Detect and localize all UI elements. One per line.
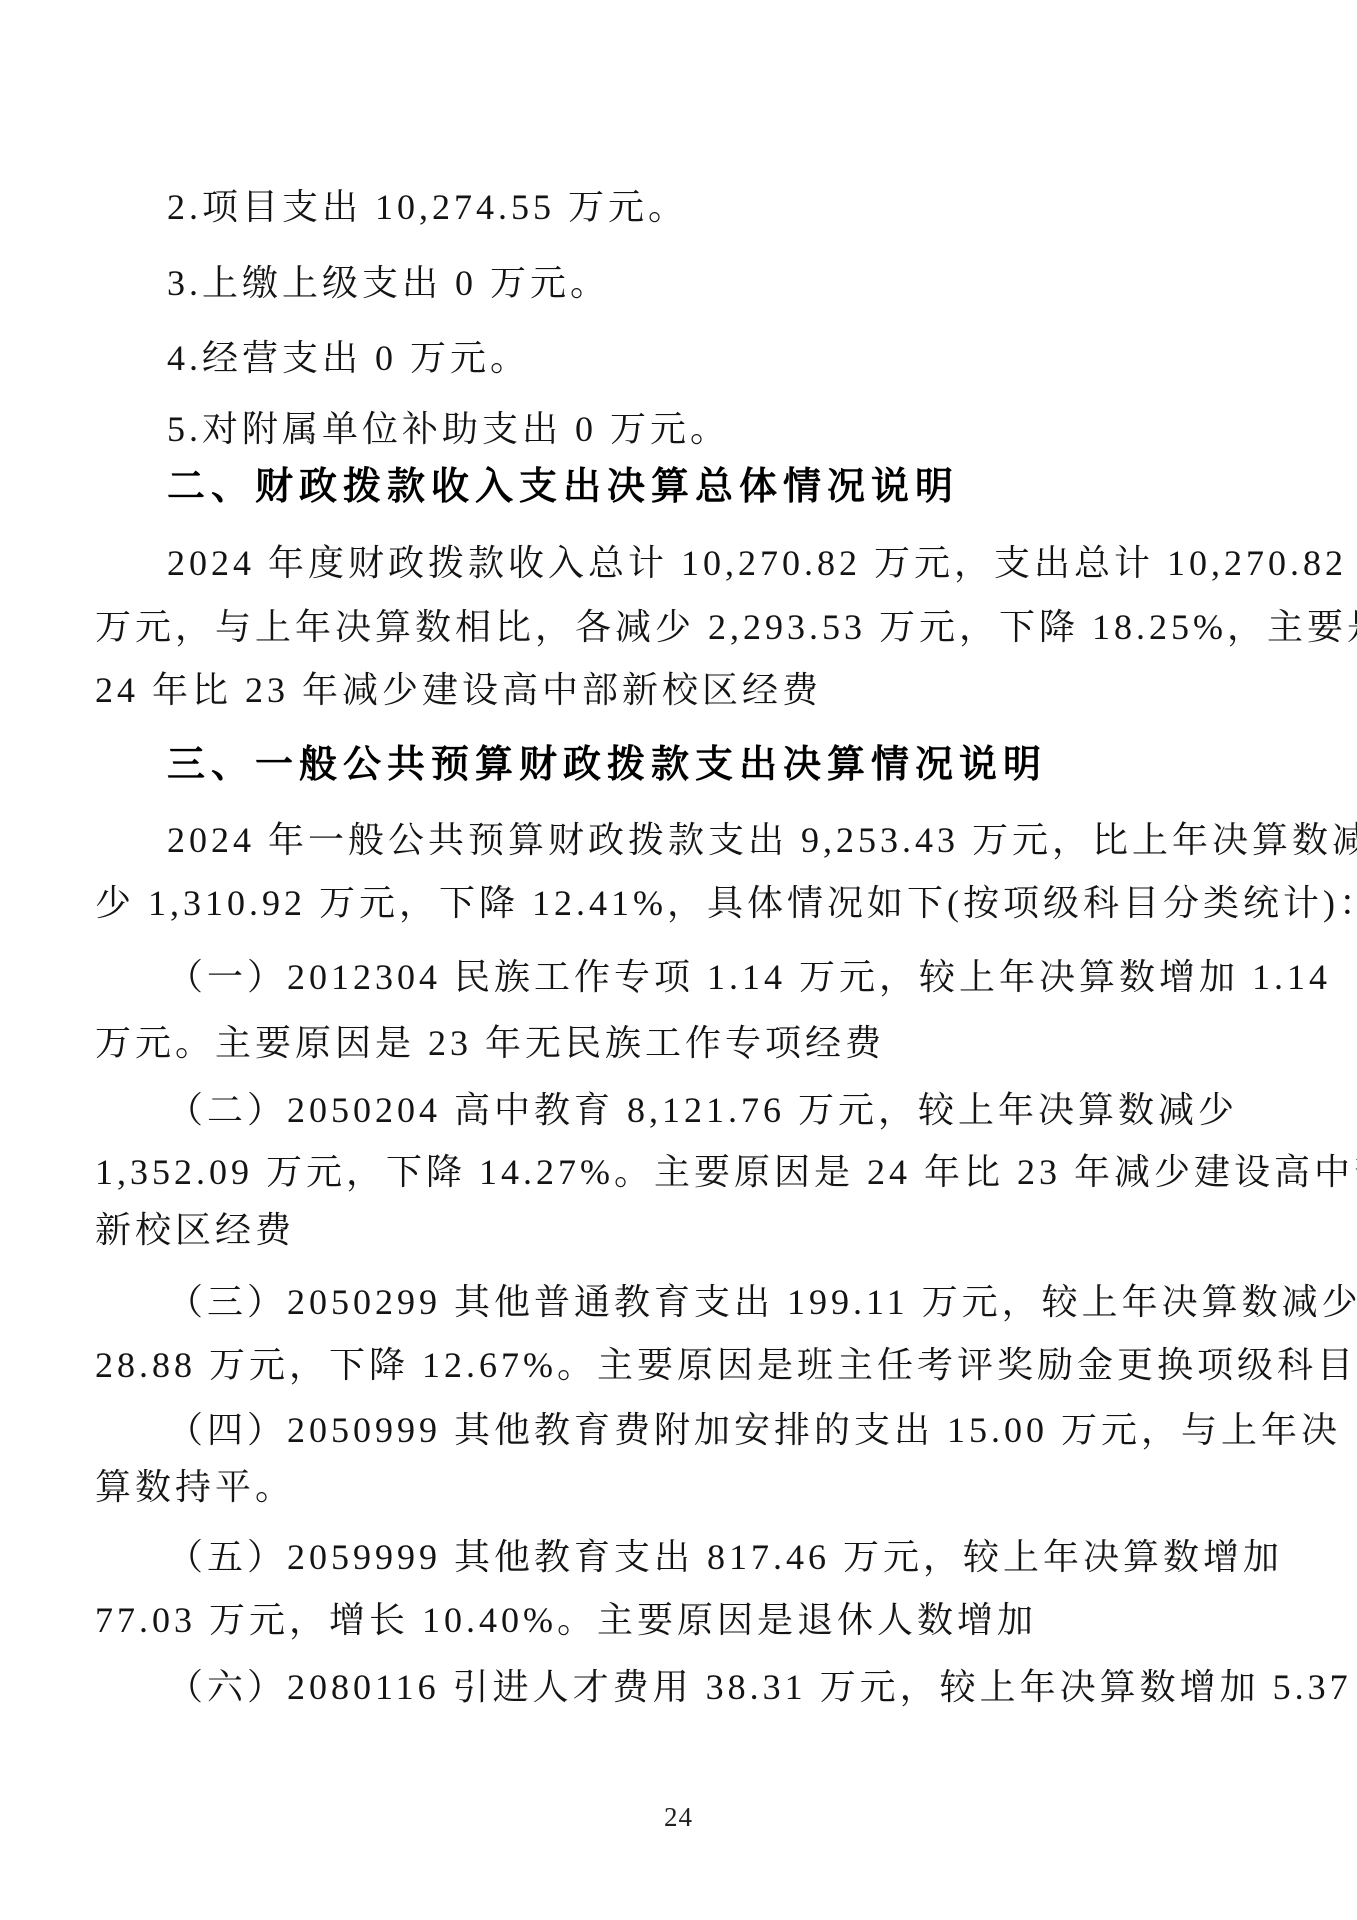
subitem-5-line-2: 77.03 万元，增长 10.40%。主要原因是退休人数增加 (95, 1598, 1280, 1642)
subitem-3-line-2: 28.88 万元，下降 12.67%。主要原因是班主任考评奖励金更换项级科目 (95, 1343, 1280, 1387)
section-2-para-line-2: 万元，与上年决算数相比，各减少 2,293.53 万元，下降 18.25%，主要… (95, 605, 1280, 649)
subitem-6-line-1: （六）2080116 引进人才费用 38.31 万元，较上年决算数增加 5.37 (95, 1665, 1280, 1709)
subitem-4-line-1: （四）2050999 其他教育费附加安排的支出 15.00 万元，与上年决 (95, 1408, 1280, 1452)
document-page: 2.项目支出 10,274.55 万元。 3.上缴上级支出 0 万元。 4.经营… (0, 0, 1357, 1920)
subitem-2-line-2: 1,352.09 万元，下降 14.27%。主要原因是 24 年比 23 年减少… (95, 1150, 1280, 1194)
section-2-para-line-3: 24 年比 23 年减少建设高中部新校区经费 (95, 668, 1280, 712)
subitem-2-line-1: （二）2050204 高中教育 8,121.76 万元，较上年决算数减少 (95, 1088, 1280, 1132)
subitem-2-line-3: 新校区经费 (95, 1208, 1280, 1252)
section-2-heading: 二、财政拨款收入支出决算总体情况说明 (95, 465, 1280, 509)
section-3-intro-line-1: 2024 年一般公共预算财政拨款支出 9,253.43 万元，比上年决算数减 (95, 818, 1280, 862)
subitem-3-line-1: （三）2050299 其他普通教育支出 199.11 万元，较上年决算数减少 (95, 1280, 1280, 1324)
item-operating-expense: 4.经营支出 0 万元。 (95, 336, 1280, 380)
section-2-para-line-1: 2024 年度财政拨款收入总计 10,270.82 万元，支出总计 10,270… (95, 541, 1280, 585)
subitem-4-line-2: 算数持平。 (95, 1465, 1280, 1509)
item-subsidy-expense: 5.对附属单位补助支出 0 万元。 (95, 407, 1280, 451)
page-number: 24 (0, 1802, 1357, 1833)
item-project-expense: 2.项目支出 10,274.55 万元。 (95, 185, 1280, 229)
subitem-5-line-1: （五）2059999 其他教育支出 817.46 万元，较上年决算数增加 (95, 1535, 1280, 1579)
subitem-1-line-2: 万元。主要原因是 23 年无民族工作专项经费 (95, 1021, 1280, 1065)
section-3-intro-line-2: 少 1,310.92 万元，下降 12.41%，具体情况如下(按项级科目分类统计… (95, 881, 1280, 925)
section-3-heading: 三、一般公共预算财政拨款支出决算情况说明 (95, 743, 1280, 787)
item-upper-level-expense: 3.上缴上级支出 0 万元。 (95, 261, 1280, 305)
subitem-1-line-1: （一）2012304 民族工作专项 1.14 万元，较上年决算数增加 1.14 (95, 955, 1280, 999)
